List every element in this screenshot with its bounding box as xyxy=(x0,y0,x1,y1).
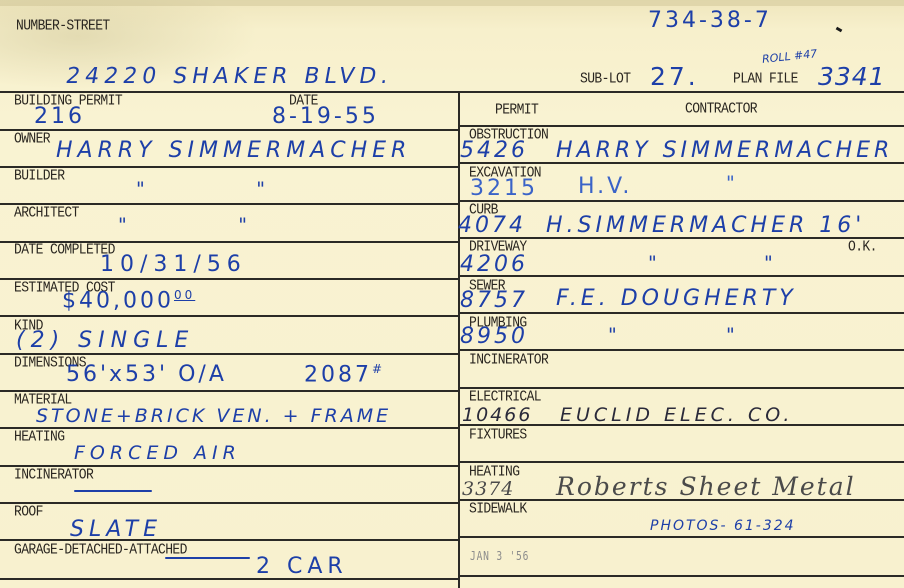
dimensions-value: 56'x53' O/A xyxy=(66,362,227,387)
parcel-number: 734-38-7 xyxy=(648,8,772,33)
incinerator-dash-mark xyxy=(74,490,152,492)
rule-line xyxy=(458,461,904,463)
heating-value: FORCED AIR xyxy=(74,442,241,464)
owner-value: HARRY SIMMERMACHER xyxy=(56,138,411,163)
plan-file-value: 3341 xyxy=(818,62,886,91)
roof-label: ROOF xyxy=(14,503,43,520)
sewer-permit: 8757 xyxy=(460,288,528,313)
obstruction-contractor: HARRY SIMMERMACHER xyxy=(556,138,893,163)
received-date-stamp: JAN 3 '56 xyxy=(470,549,529,563)
incinerator-permit-label: INCINERATOR xyxy=(469,351,548,368)
driveway-contractor-ditto: " xyxy=(648,252,660,274)
driveway-permit: 4206 xyxy=(460,252,528,277)
electrical-permit: 10466 xyxy=(462,404,532,426)
architect-label: ARCHITECT xyxy=(14,204,79,221)
rule-line xyxy=(0,315,458,317)
rule-line xyxy=(0,578,458,580)
curb-contractor: H.SIMMERMACHER 16' xyxy=(546,213,865,238)
roof-value: SLATE xyxy=(70,517,162,542)
number-street-label: NUMBER-STREET xyxy=(16,17,110,34)
number-street-value: 24220 SHAKER BLVD. xyxy=(64,64,395,89)
owner-label: OWNER xyxy=(14,130,50,147)
rule-line xyxy=(0,91,904,93)
rule-line xyxy=(0,129,458,131)
attached-underline-mark xyxy=(165,557,250,559)
date-completed-value: 10/31/56 xyxy=(100,252,247,277)
excavation-contractor: H.V. xyxy=(578,174,632,199)
driveway-ok-note: O.K. xyxy=(848,238,877,255)
roll-note: ROLL #47 xyxy=(761,47,817,66)
building-permit-value: 216 xyxy=(34,104,85,129)
permit-index-card: NUMBER-STREET 24220 SHAKER BLVD. 734-38-… xyxy=(0,0,904,588)
builder-value: " " xyxy=(136,178,268,200)
permit-column-header: PERMIT xyxy=(495,101,538,118)
driveway-contractor-ditto-2: " xyxy=(764,252,776,274)
garage-label: GARAGE-DETACHED-ATTACHED xyxy=(14,541,187,558)
sub-lot-value: 27. xyxy=(650,62,699,91)
plumbing-permit: 8950 xyxy=(460,324,528,349)
rule-line xyxy=(458,575,904,577)
pen-mark xyxy=(836,27,843,33)
heating-label: HEATING xyxy=(14,428,64,445)
garage-value: 2 CAR xyxy=(256,554,348,579)
incinerator-label: INCINERATOR xyxy=(14,466,93,483)
curb-permit: 4074 xyxy=(458,213,526,238)
builder-label: BUILDER xyxy=(14,167,64,184)
dimensions-area-value: 2087# xyxy=(304,362,385,387)
rule-line xyxy=(0,427,458,429)
rule-line xyxy=(0,502,458,504)
plan-file-label: PLAN FILE xyxy=(733,70,798,87)
sub-lot-label: SUB-LOT xyxy=(580,70,630,87)
heating-contractor: Roberts Sheet Metal xyxy=(556,472,856,501)
excavation-contractor-ditto: " xyxy=(726,172,738,194)
electrical-contractor: EUCLID ELEC. CO. xyxy=(560,404,793,426)
sidewalk-label: SIDEWALK xyxy=(469,500,527,517)
plumbing-contractor-ditto: " xyxy=(608,324,620,346)
estimated-cost-value: $40,00000 xyxy=(62,288,195,313)
rule-line xyxy=(0,166,458,168)
sewer-contractor: F.E. DOUGHERTY xyxy=(556,286,797,311)
plumbing-contractor-ditto-2: " xyxy=(726,324,738,346)
electrical-label: ELECTRICAL xyxy=(469,388,541,405)
excavation-permit: 3215 xyxy=(470,176,538,201)
contractor-column-header: CONTRACTOR xyxy=(685,100,757,117)
date-value: 8-19-55 xyxy=(272,104,379,129)
kind-value: (2) SINGLE xyxy=(16,328,194,353)
rule-line xyxy=(458,536,904,538)
fixtures-label: FIXTURES xyxy=(469,426,527,443)
obstruction-permit: 5426 xyxy=(460,138,528,163)
material-value: STONE+BRICK VEN. + FRAME xyxy=(36,405,391,427)
architect-value: " " xyxy=(118,214,250,236)
heating-permit: 3374 xyxy=(462,478,514,500)
photos-note: PHOTOS- 61-324 xyxy=(650,518,796,534)
